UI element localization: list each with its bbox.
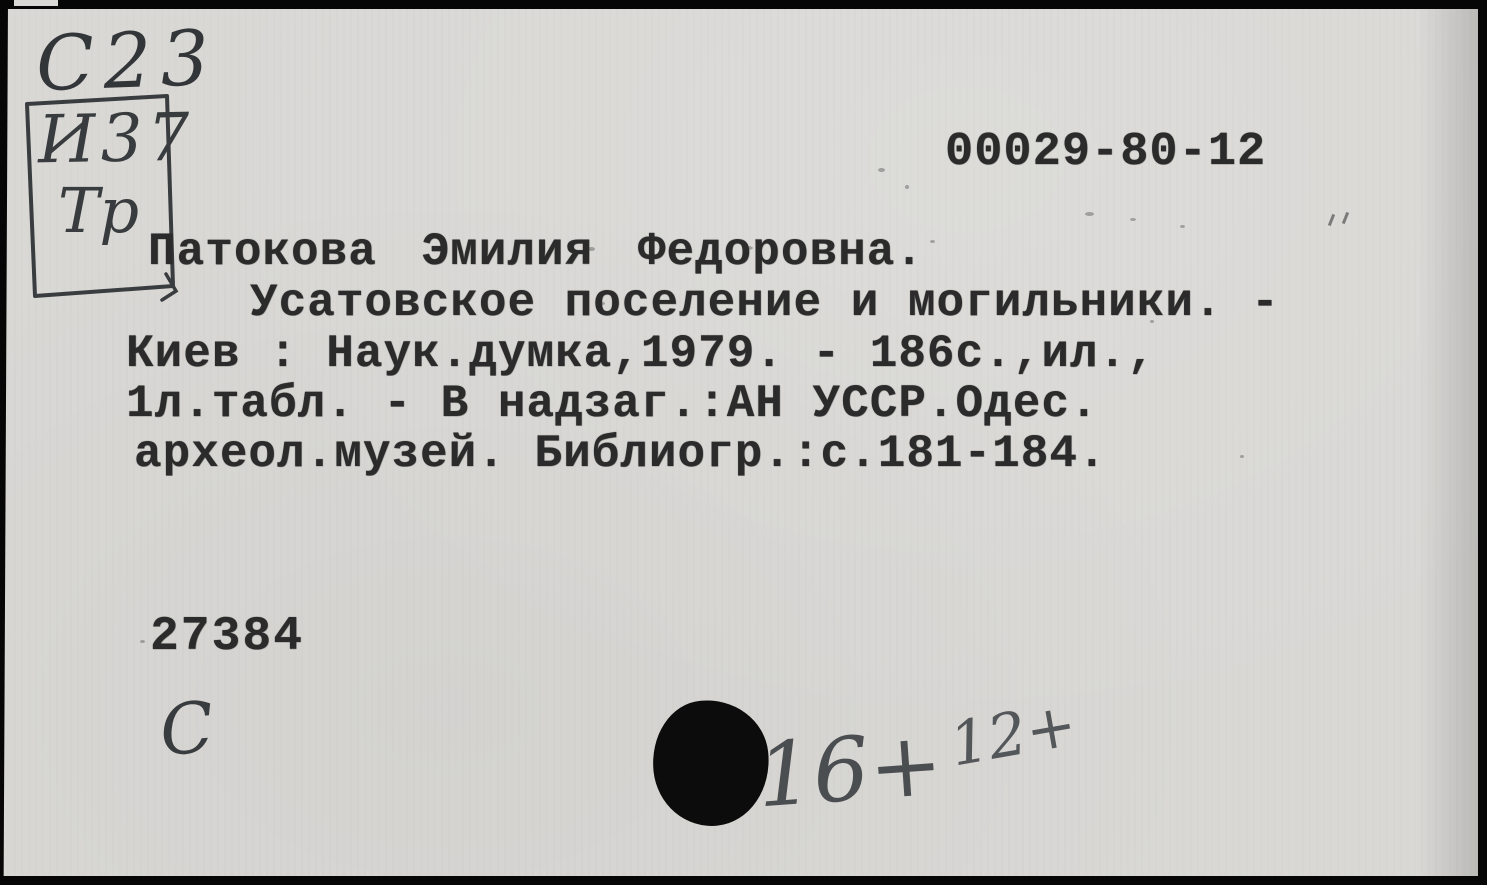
scan-edge-bottom: [0, 876, 1487, 885]
entry-imprint: Киев : Наук.думка,1979. - 186с.,ил.,: [126, 328, 1156, 380]
entry-collation: 1л.табл. - В надзаг.:АН УССР.Одес.: [126, 378, 1099, 430]
scan-shadow-right: [1418, 0, 1479, 885]
entry-title: Усатовское поселение и могильники. -: [250, 277, 1280, 329]
scan-speckle: [905, 185, 909, 189]
scan-speckle: [140, 640, 145, 643]
scan-edge-top-notch: [14, 0, 58, 6]
call-number-work-code: Тр: [58, 174, 139, 247]
catalog-card-scan: С23 И37 Тр 00029-80-12 Патокова Эмилия Ф…: [0, 0, 1487, 885]
entry-author: Патокова Эмилия Федоровна.: [148, 226, 924, 278]
scan-speckle: [930, 240, 935, 243]
scan-speckle: [640, 252, 645, 255]
handwritten-letter: С: [157, 686, 218, 772]
entry-bibliography-note: археол.музей. Библиогр.:с.181-184.: [134, 428, 1107, 480]
stray-pen-tick: [1328, 214, 1335, 226]
scan-speckle: [600, 302, 605, 305]
scan-edge-left: [0, 0, 8, 885]
scan-speckle: [1150, 320, 1154, 323]
scan-speckle: [1240, 455, 1244, 458]
accession-number: 27384: [150, 610, 304, 664]
scan-edge-top: [0, 0, 1487, 9]
scan-speckle: [588, 247, 595, 251]
call-number-author-code: И37: [37, 99, 195, 179]
scan-speckle: [1130, 218, 1136, 221]
scan-speckle: [1180, 225, 1185, 228]
scan-edge-right: [1478, 0, 1487, 885]
stray-pen-tick: [1342, 212, 1349, 224]
scan-speckle: [878, 168, 885, 172]
document-number: 00029-80-12: [945, 126, 1266, 179]
handwritten-note-large: 16+: [754, 712, 946, 828]
handwritten-note-small: 12+: [945, 690, 1082, 781]
scan-speckle: [1085, 212, 1094, 216]
scan-speckle: [742, 246, 753, 250]
